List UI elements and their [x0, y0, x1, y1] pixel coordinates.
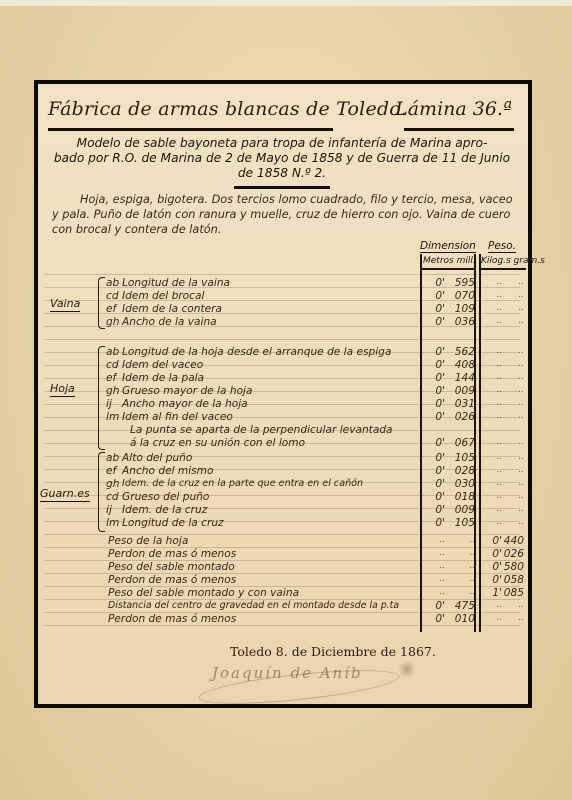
header: Fábrica de armas blancas de Toledo. Lámi… — [48, 98, 518, 128]
signature: Joaquín de Aníb — [212, 664, 382, 694]
table-row: La punta se aparta de la perpendicular l… — [38, 424, 528, 437]
table-row: á la cruz en su unión con el lomo 0' 067… — [38, 437, 528, 450]
kilo-gram-header: Kilog.s gram.s — [481, 256, 545, 266]
table-row: ab Alto del puño 0' 105 .. .. — [38, 452, 528, 465]
dimension-header: Dimension — [420, 240, 476, 253]
weight-row: Distancia del centro de gravedad en el m… — [38, 600, 528, 613]
subtitle-line-1: Modelo de sable bayoneta para tropa de i… — [48, 136, 516, 151]
model-subtitle: Modelo de sable bayoneta para tropa de i… — [48, 136, 516, 181]
place-and-date: Toledo 8. de Diciembre de 1867. — [230, 644, 436, 659]
table-row: ab Longitud de la vaina 0' 595 .. .. — [38, 277, 528, 290]
weight-row: Perdon de mas ó menos .. .. 0' 026 — [38, 548, 528, 561]
table-row: cd Idem del brocal 0' 070 .. .. — [38, 290, 528, 303]
dimension-subheader-rule — [422, 268, 476, 270]
title-underline — [48, 128, 333, 131]
table-row: cd Idem del vaceo 0' 408 .. .. — [38, 359, 528, 372]
table-row: ef Ancho del mismo 0' 028 .. .. — [38, 465, 528, 478]
weight-row: Peso del sable montado .. .. 0' 580 — [38, 561, 528, 574]
table-row: lm Idem al fin del vaceo 0' 026 .. .. — [38, 411, 528, 424]
table-row: ab Longitud de la hoja desde el arranque… — [38, 346, 528, 359]
weight-row: Peso de la hoja .. .. 0' 440 — [38, 535, 528, 548]
subtitle-line-3: de 1858 N.º 2. — [48, 166, 516, 181]
plate-underline — [404, 128, 514, 131]
table-row: cd Grueso del puño 0' 018 .. .. — [38, 491, 528, 504]
weight-row: Peso del sable montado y con vaina .. ..… — [38, 587, 528, 600]
table-row: gh Grueso mayor de la hoja 0' 009 .. .. — [38, 385, 528, 398]
document-title: Fábrica de armas blancas de Toledo. — [48, 98, 407, 120]
ink-stain — [398, 660, 416, 678]
weight-subheader-rule — [480, 268, 526, 270]
table-row: gh Idem. de la cruz en la parte que entr… — [38, 478, 528, 491]
table-row: gh Ancho de la vaina 0' 036 .. .. — [38, 316, 528, 329]
subtitle-underline — [234, 186, 330, 189]
table-row: ij Idem. de la cruz 0' 009 .. .. — [38, 504, 528, 517]
sabre-description: Hoja, espiga, bigotera. Dos tercios lomo… — [52, 192, 514, 237]
weight-row: Perdon de mas ó menos 0' 010 .. .. — [38, 613, 528, 626]
table-row: ef Idem de la contera 0' 109 .. .. — [38, 303, 528, 316]
document-frame: Fábrica de armas blancas de Toledo. Lámi… — [34, 80, 532, 708]
subtitle-line-2: bado por R.O. de Marina de 2 de Mayo de … — [48, 151, 516, 166]
top-paper-edge — [0, 0, 572, 6]
table-row: ij Ancho mayor de la hoja 0' 031 .. .. — [38, 398, 528, 411]
weight-header: Peso. — [488, 240, 516, 253]
table-row: ef Idem de la pala 0' 144 .. .. — [38, 372, 528, 385]
table-row: lm Longitud de la cruz 0' 105 .. .. — [38, 517, 528, 530]
plate-number: Lámina 36.ª — [395, 98, 512, 120]
meters-mill-header: Metros mill. — [423, 256, 476, 266]
weight-row: Perdon de mas ó menos .. .. 0' 058 — [38, 574, 528, 587]
